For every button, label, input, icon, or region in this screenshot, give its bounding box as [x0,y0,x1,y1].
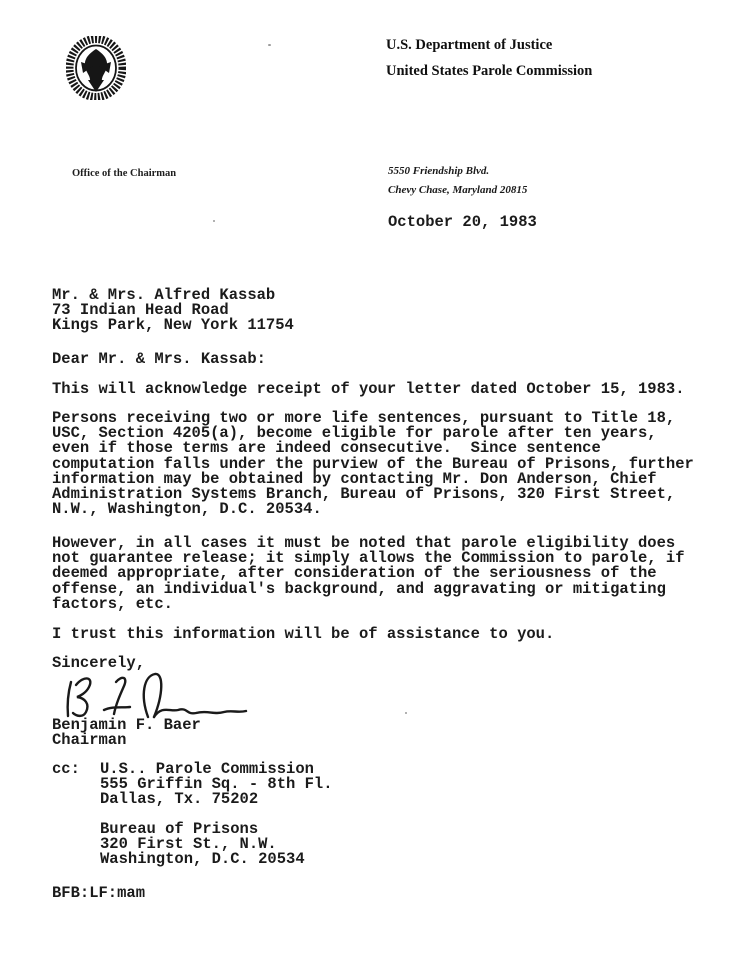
cc-block-1: U.S.. Parole Commission 555 Griffin Sq. … [100,762,333,808]
scan-speck [268,44,271,46]
letterhead-address: 5550 Friendship Blvd. Chevy Chase, Maryl… [388,162,527,200]
date-line: October 20, 1983 [388,215,537,230]
agency-name: U.S. Department of Justice [386,37,592,54]
cc-addresses: U.S.. Parole Commission 555 Griffin Sq. … [100,762,333,868]
sub-agency-name: United States Parole Commission [386,63,592,80]
salutation: Dear Mr. & Mrs. Kassab: [52,352,707,367]
letter-page: U.S. Department of Justice United States… [0,0,740,972]
cc-label: cc: [52,762,100,777]
signer-title: Chairman [52,733,126,748]
cc-section: cc: U.S.. Parole Commission 555 Griffin … [52,762,552,868]
cc-block-2: Bureau of Prisons 320 First St., N.W. Wa… [100,822,333,868]
typist-reference: BFB:LF:mam [52,886,145,901]
signature-script-icon [56,669,266,721]
doj-seal-icon [66,36,126,100]
scan-speck [405,712,407,714]
body-paragraph-3: However, in all cases it must be noted t… [52,536,707,612]
recipient-address: Mr. & Mrs. Alfred Kassab 73 Indian Head … [52,288,707,334]
scan-speck [213,220,215,222]
body-paragraph-1: This will acknowledge receipt of your le… [52,382,707,397]
body-paragraph-2: Persons receiving two or more life sente… [52,411,707,517]
letterhead-header: U.S. Department of Justice United States… [386,37,592,80]
office-label: Office of the Chairman [72,168,176,179]
closing-line: I trust this information will be of assi… [52,627,707,642]
